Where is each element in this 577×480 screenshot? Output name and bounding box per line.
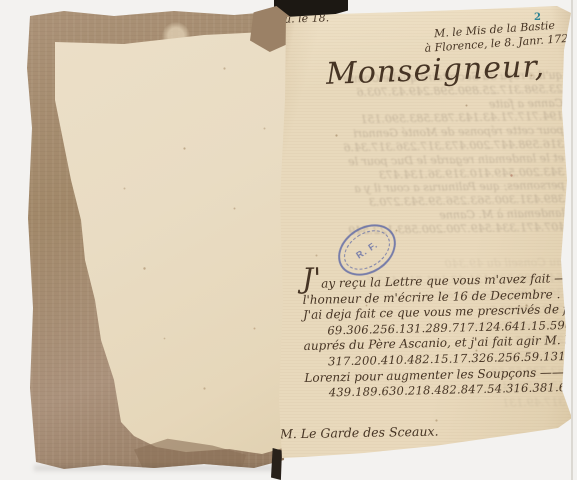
letter-body: J'ay reçu la Lettre que vous m'avez fait… — [302, 265, 571, 402]
bleedthrough-text-upper: qu'il a reçu du Secretaire quelle Comte2… — [283, 69, 566, 239]
manuscript-scan: qu'il a reçu du Secretaire quelle Comte2… — [0, 0, 577, 480]
left-page-foxing-specks — [24, 8, 25, 9]
footer-addressee: M. Le Garde des Sceaux. — [280, 424, 439, 442]
left-page-shadow — [34, 465, 274, 471]
scan-right-edge-line — [571, 0, 573, 480]
gutter-bottom-shadow — [271, 448, 282, 480]
left-page — [24, 8, 290, 472]
right-page: qu'il a reçu du Secretaire quelle Comte2… — [276, 5, 576, 460]
